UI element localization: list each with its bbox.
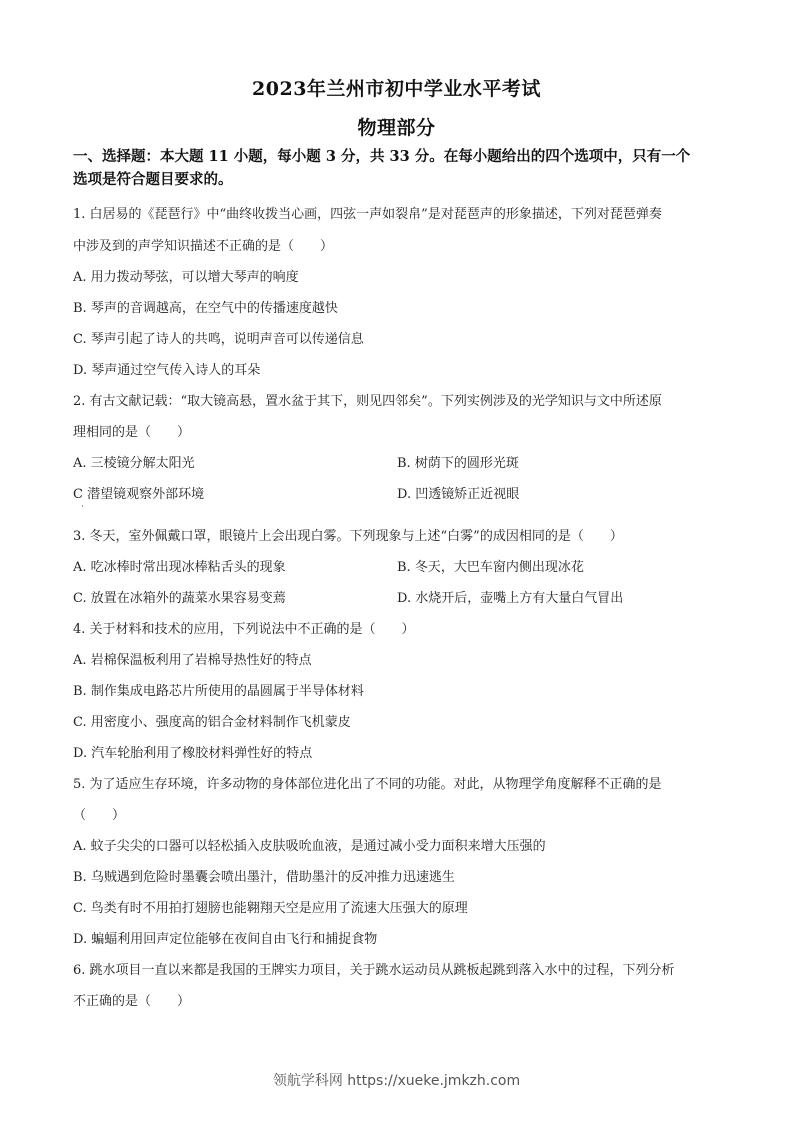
question-1-option-d: D. 琴声通过空气传入诗人的耳朵 bbox=[73, 362, 260, 380]
question-5-option-b: B. 乌贼遇到危险时墨囊会喷出墨汁，借助墨汁的反冲推力迅速逃生 bbox=[73, 869, 455, 887]
question-4-option-b: B. 制作集成电路芯片所使用的晶圆属于半导体材料 bbox=[73, 683, 364, 701]
question-3-stem: 3. 冬天，室外佩戴口罩，眼镜片上会出现白雾。下列现象与上述“白雾”的成因相同的… bbox=[73, 528, 623, 546]
question-4-option-d: D. 汽车轮胎利用了橡胶材料弹性好的特点 bbox=[73, 745, 312, 763]
exam-subtitle: 物理部分 bbox=[0, 113, 793, 140]
question-1-option-a: A. 用力拨动琴弦，可以增大琴声的响度 bbox=[73, 269, 299, 287]
question-5-option-d: D. 蝙蝠利用回声定位能够在夜间自由飞行和捕捉食物 bbox=[73, 931, 377, 949]
question-2-stem-line-2: 理相同的是（ ） bbox=[73, 424, 190, 442]
question-5-stem-line-1: 5. 为了适应生存环境，许多动物的身体部位进化出了不同的功能。对此，从物理学角度… bbox=[73, 776, 662, 794]
question-2-option-d: D. 凹透镜矫正近视眼 bbox=[397, 486, 519, 504]
question-3-option-d: D. 水烧开后，壶嘴上方有大量白气冒出 bbox=[397, 590, 623, 608]
question-5-stem-line-2: （ ） bbox=[73, 807, 125, 825]
question-1-option-c: C. 琴声引起了诗人的共鸣，说明声音可以传递信息 bbox=[73, 331, 364, 349]
question-4-option-c: C. 用密度小、强度高的铝合金材料制作飞机蒙皮 bbox=[73, 714, 351, 732]
question-1-option-b: B. 琴声的音调越高，在空气中的传播速度越快 bbox=[73, 300, 338, 318]
exam-page: 2023年兰州市初中学业水平考试 物理部分 一、选择题：本大题 11 小题，每小… bbox=[0, 0, 793, 1122]
question-2-stem-line-1: 2. 有古文献记载：“取大镜高悬，置水盆于其下，则见四邻矣”。下列实例涉及的光学… bbox=[73, 393, 662, 411]
question-6-stem-line-2: 不正确的是（ ） bbox=[73, 993, 190, 1011]
question-4-stem: 4. 关于材料和技术的应用，下列说法中不正确的是（ ） bbox=[73, 621, 415, 639]
exam-title: 2023年兰州市初中学业水平考试 bbox=[0, 74, 793, 101]
section-heading: 一、选择题：本大题 11 小题，每小题 3 分，共 33 分。在每小题给出的四个… bbox=[73, 145, 728, 191]
footer-watermark: 领航学科网 https://xueke.jmkzh.com bbox=[0, 1070, 793, 1090]
question-4-option-a: A. 岩棉保温板利用了岩棉导热性好的特点 bbox=[73, 652, 312, 670]
question-1-stem-line-2: 中涉及到的声学知识描述不正确的是（ ） bbox=[73, 238, 333, 256]
question-6-stem-line-1: 6. 跳水项目一直以来都是我国的王牌实力项目，关于跳水运动员从跳板起跳到落入水中… bbox=[73, 962, 675, 980]
stray-mark bbox=[82, 505, 83, 507]
question-3-option-b: B. 冬天，大巴车窗内侧出现冰花 bbox=[397, 559, 584, 577]
question-3-option-a: A. 吃冰棒时常出现冰棒粘舌头的现象 bbox=[73, 559, 286, 577]
section-heading-line-2: 选项是符合题目要求的。 bbox=[73, 168, 728, 191]
question-3-option-c: C. 放置在冰箱外的蔬菜水果容易变蔫 bbox=[73, 590, 286, 608]
question-5-option-c: C. 鸟类有时不用拍打翅膀也能翱翔天空是应用了流速大压强大的原理 bbox=[73, 900, 468, 918]
question-2-option-b: B. 树荫下的圆形光斑 bbox=[397, 455, 519, 473]
question-1-stem-line-1: 1. 白居易的《琵琶行》中“曲终收拨当心画，四弦一声如裂帛”是对琵琶声的形象描述… bbox=[73, 206, 662, 224]
section-heading-line-1: 一、选择题：本大题 11 小题，每小题 3 分，共 33 分。在每小题给出的四个… bbox=[73, 145, 728, 168]
question-2-option-a: A. 三棱镜分解太阳光 bbox=[73, 455, 195, 473]
question-5-option-a: A. 蚊子尖尖的口器可以轻松插入皮肤吸吮血液，是通过减小受力面积来增大压强的 bbox=[73, 838, 546, 856]
question-2-option-c: C 潜望镜观察外部环境 bbox=[73, 486, 204, 504]
